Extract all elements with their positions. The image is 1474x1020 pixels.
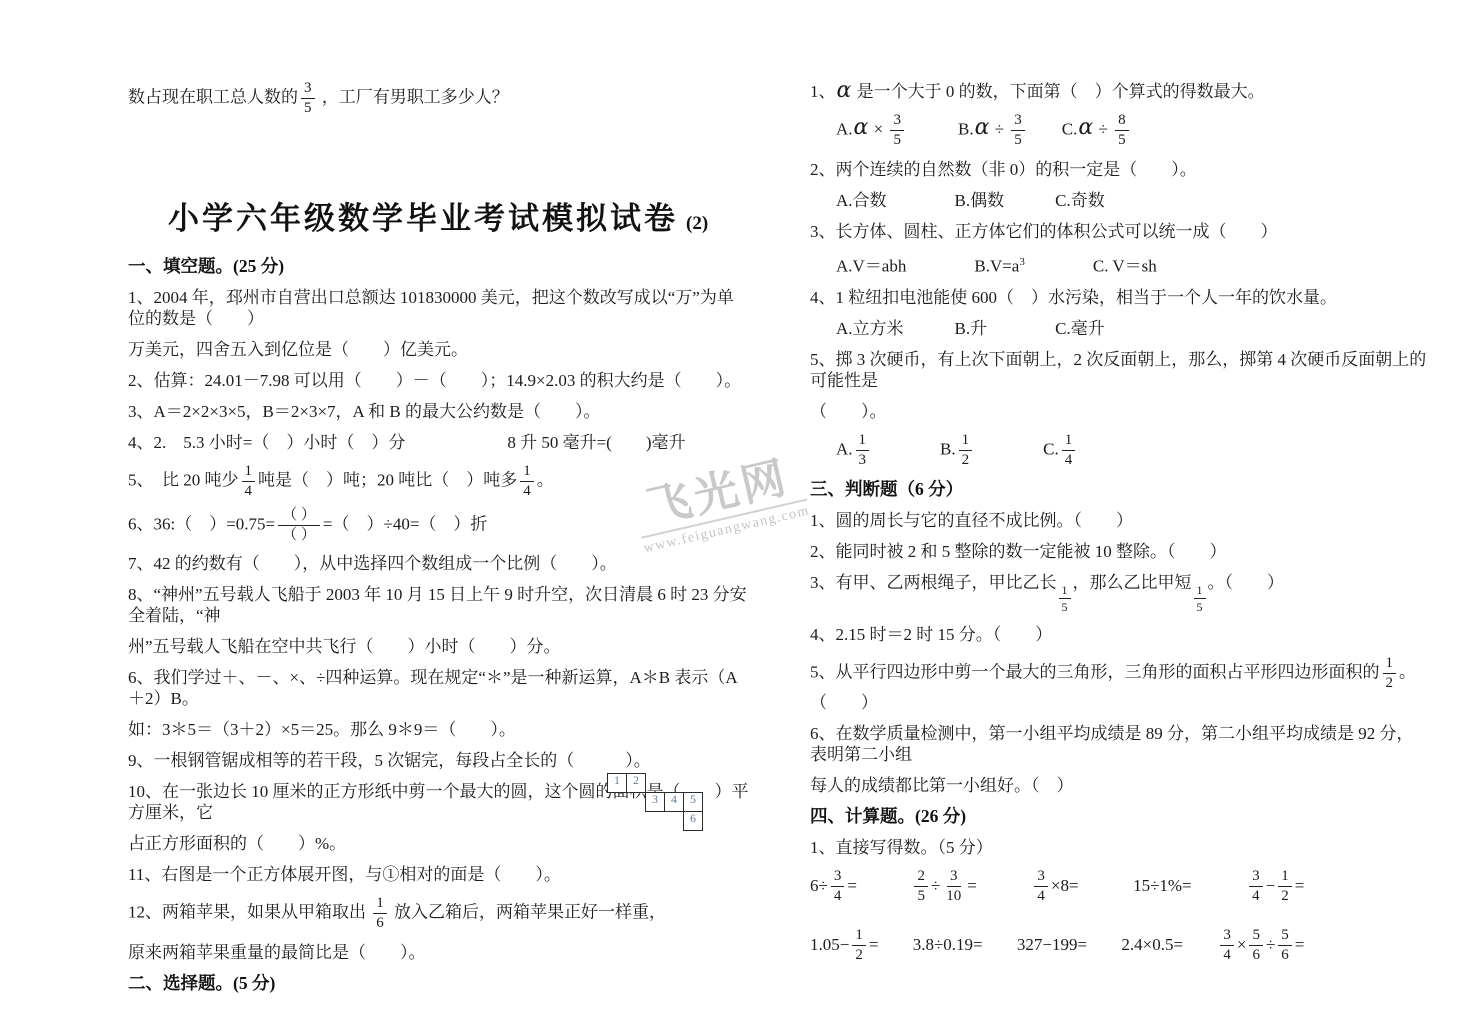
fraction: 56 (1278, 927, 1292, 964)
fill-op-line-2: 如：3＊5＝（3＋2）×5＝25。那么 9＊9＝（ ）。 (128, 719, 750, 740)
calc-expression: 1.05−12 = (810, 927, 878, 964)
fill-10-line-2: 占正方形面积的（ ）%。 (128, 833, 750, 854)
calc-expression: 2.4×0.5= (1121, 935, 1183, 955)
judge-6-line-2: 每人的成绩都比第一小组好。（ ） (810, 775, 1428, 796)
section-1-heading: 一、填空题。(25 分) (128, 256, 750, 277)
choice-1: 1、α 是一个大于 0 的数，下面第（ ）个算式的得数最大。 (810, 80, 1428, 102)
fill-4: 4、2. 5.3 小时=（ ）小时（ ）分 8 升 50 毫升=( )毫升 (128, 432, 750, 453)
fill-3: 3、A＝2×2×3×5，B＝2×3×7，A 和 B 的最大公约数是（ ）。 (128, 401, 750, 422)
judge-1: 1、圆的周长与它的直径不成比例。（ ） (810, 510, 1428, 531)
fraction: 14 (242, 463, 256, 500)
fraction: 34 (831, 868, 845, 905)
fraction: 25 (914, 868, 928, 905)
calc-expression: 15÷1%= (1133, 876, 1192, 896)
calc-row-2: 1.05−12 =3.8÷0.19=327−199=2.4×0.5=34×56÷… (810, 927, 1304, 964)
carryover-question-line: 数占现在职工总人数的35 ，工厂有男职工多少人？ (128, 80, 750, 117)
alpha-symbol: α (853, 115, 870, 140)
cube-net-cell: 6 (683, 811, 703, 831)
fill-9: 9、一根钢管锯成相等的若干段，5 次锯完，每段占全长的（ ）。 (128, 750, 750, 771)
calc-row-1: 6÷34 =25÷310 =34×8=15÷1%=34−12 = (810, 868, 1304, 905)
calc-expression: 327−199= (1017, 935, 1087, 955)
fill-6: 6、36:（ ）=0.75=（ ）（ ）=（ ）÷40=（ ）折 (128, 506, 750, 545)
calc-expression: 34×56÷56 = (1217, 927, 1304, 964)
fill-8-line-2: 州”五号载人飞船在空中共飞行（ ）小时（ ）分。 (128, 636, 750, 657)
left-column: 数占现在职工总人数的35 ，工厂有男职工多少人？小学六年级数学毕业考试模拟试卷(… (128, 80, 750, 1004)
fraction: 15 (1059, 583, 1071, 614)
fill-11: 11、右图是一个正方体展开图，与①相对的面是（ ）。 (128, 864, 750, 885)
section-4-heading: 四、计算题。(26 分) (810, 806, 1428, 827)
fraction: 13 (856, 432, 870, 469)
judge-3: 3、有甲、乙两根绳子，甲比乙长15，那么乙比甲短15。（ ） (810, 572, 1428, 614)
fraction: 35 (301, 80, 315, 117)
judge-6-line-1: 6、在数学质量检测中，第一小组平均成绩是 89 分，第二小组平均成绩是 92 分… (810, 723, 1428, 765)
exam-page: 飞光网 www.feiguangwang.com 数占现在职工总人数的35 ，工… (0, 0, 1474, 1020)
right-column: 1、α 是一个大于 0 的数，下面第（ ）个算式的得数最大。A.α × 35 B… (810, 80, 1428, 978)
calc-1-label: 1、直接写得数。（5 分） (810, 837, 1428, 858)
calc-expression: 3.8÷0.19= (913, 935, 983, 955)
judge-2: 2、能同时被 2 和 5 整除的数一定能被 10 整除。（ ） (810, 541, 1428, 562)
fraction: 310 (943, 868, 964, 905)
exam-title-text: 小学六年级数学毕业考试模拟试卷 (168, 201, 678, 236)
fill-1-line-2: 万美元，四舍五入到亿位是（ ）亿美元。 (128, 339, 750, 360)
fraction: 15 (1194, 583, 1206, 614)
fraction: 16 (373, 895, 387, 932)
fill-1-line-1: 1、2004 年，邳州市自营出口总额达 101830000 美元，把这个数改写成… (128, 287, 750, 329)
section-2-heading: 二、选择题。(5 分) (128, 973, 750, 994)
fraction: 85 (1115, 112, 1129, 149)
fraction: 12 (852, 927, 866, 964)
judge-5: 5、从平行四边形中剪一个最大的三角形，三角形的面积占平形四边形面积的12。（ ） (810, 655, 1428, 713)
calc-expression: 6÷34 = (810, 868, 857, 905)
cube-net-cell: 5 (683, 792, 703, 812)
choice-3-options: A.V＝abh B.V=a3 C. V＝sh (810, 252, 1428, 277)
fraction: 35 (1011, 112, 1025, 149)
choice-5-line-1: 5、掷 3 次硬币，有上次下面朝上，2 次反面朝上，那么，掷第 4 次硬币反面朝… (810, 349, 1428, 391)
section-3-heading: 三、判断题（6 分） (810, 479, 1428, 500)
alpha-symbol: α (974, 115, 991, 140)
fraction: 34 (1220, 927, 1234, 964)
exam-title: 小学六年级数学毕业考试模拟试卷(2) (128, 193, 750, 238)
fill-12-line-2: 原来两箱苹果重量的最简比是（ ）。 (128, 942, 750, 963)
judge-4: 4、2.15 时＝2 时 15 分。（ ） (810, 624, 1428, 645)
choice-2-options: A.合数 B.偶数 C.奇数 (810, 190, 1428, 211)
choice-2: 2、两个连续的自然数（非 0）的积一定是（ ）。 (810, 159, 1428, 180)
fraction: 12 (1383, 655, 1397, 692)
alpha-symbol: α (1077, 115, 1094, 140)
fill-7: 7、42 的约数有（ ），从中选择四个数组成一个比例（ ）。 (128, 553, 750, 574)
cube-net-cell: 4 (664, 792, 684, 812)
calc-expression: 34×8= (1031, 868, 1078, 905)
fraction: 14 (1062, 432, 1076, 469)
choice-4: 4、1 粒纽扣电池能使 600（ ）水污染，相当于一个人一年的饮水量。 (810, 287, 1428, 308)
cube-net-cell: 2 (626, 773, 646, 793)
choice-3: 3、长方体、圆柱、正方体它们的体积公式可以统一成（ ） (810, 221, 1428, 242)
choice-1-options: A.α × 35 B.α ÷ 35 C.α ÷ 85 (810, 112, 1428, 149)
fraction: 14 (520, 463, 534, 500)
fraction: （ ）（ ） (278, 506, 320, 545)
fraction: 34 (1249, 868, 1263, 905)
fill-op-line-1: 6、我们学过＋、－、×、÷四种运算。现在规定“＊”是一种新运算，A＊B 表示（A… (128, 667, 750, 709)
calc-expression: 34−12 = (1246, 868, 1304, 905)
fraction: 12 (959, 432, 973, 469)
cube-net-cell: 3 (645, 792, 665, 812)
fraction: 35 (890, 112, 904, 149)
fill-8-line-1: 8、“神州”五号载人飞船于 2003 年 10 月 15 日上午 9 时升空，次… (128, 584, 750, 626)
choice-5-options: A.13 B.12 C.14 (810, 432, 1428, 469)
fraction: 12 (1278, 868, 1292, 905)
cube-net-cell: 1 (607, 773, 627, 793)
calc-expression: 25÷310 = (911, 868, 976, 905)
choice-4-options: A.立方米 B.升 C.毫升 (810, 318, 1428, 339)
fill-2: 2、估算：24.01－7.98 可以用（ ）－（ ）；14.9×2.03 的积大… (128, 370, 750, 391)
fill-5: 5、 比 20 吨少14吨是（ ）吨；20 吨比（ ）吨多14。 (128, 463, 750, 500)
fraction: 34 (1034, 868, 1048, 905)
alpha-symbol: α (836, 78, 853, 103)
choice-5-line-2: （ ）。 (810, 401, 1428, 422)
exam-title-number: (2) (686, 213, 708, 234)
fill-12-line-1: 12、两箱苹果，如果从甲箱取出 16 放入乙箱后，两箱苹果正好一样重， (128, 895, 750, 932)
fraction: 56 (1249, 927, 1263, 964)
